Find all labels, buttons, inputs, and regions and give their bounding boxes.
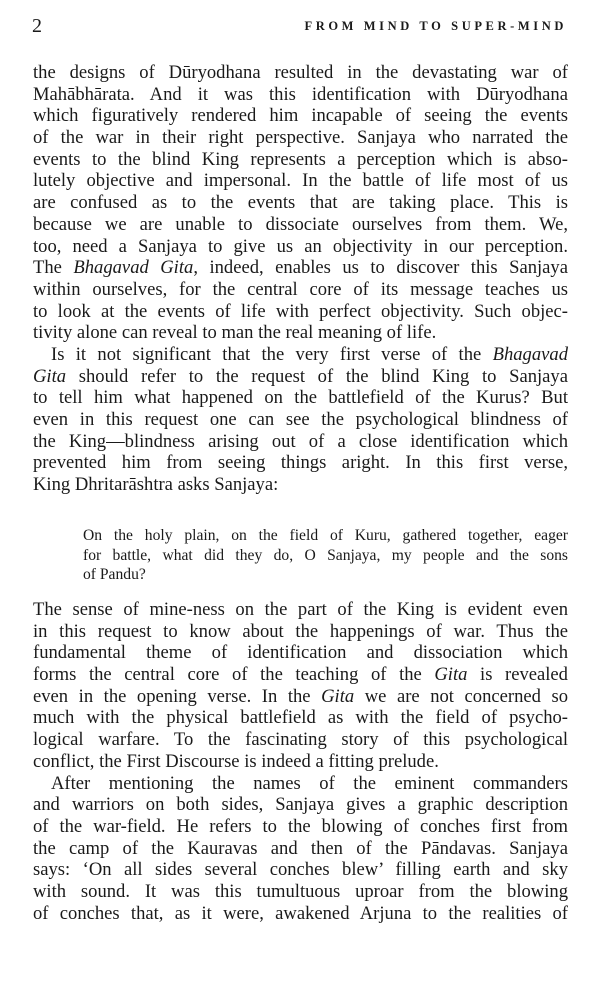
line-text: even in the opening verse. In the	[33, 686, 321, 707]
page-number: 2	[32, 15, 42, 37]
italic-title: Bhagavad	[493, 344, 568, 365]
text-line: of the war-field. He refers to the blowi…	[33, 816, 568, 838]
line-text: The sense of mine-ness on the part of th…	[33, 599, 568, 620]
text-line: events to the blind King represents a pe…	[33, 149, 568, 171]
line-text: conflict, the First Discourse is indeed …	[33, 751, 439, 772]
line-text: is revealed	[467, 664, 568, 685]
line-text: are confused as to the events that are t…	[33, 192, 568, 213]
line-text: too, need a Sanjaya to give us an object…	[33, 236, 568, 257]
line-text: in this request to know about the happen…	[33, 621, 568, 642]
running-head: FROM MIND TO SUPER-MIND	[304, 18, 567, 34]
italic-title: Gita	[434, 664, 467, 685]
line-text: On the holy plain, on the field of Kuru,…	[83, 527, 568, 544]
line-text: King Dhritarāshtra asks Sanjaya:	[33, 474, 278, 495]
italic-title: Gita	[321, 686, 354, 707]
text-line: of the war in their right perspective. S…	[33, 127, 568, 149]
body-text-section-2: The sense of mine-ness on the part of th…	[33, 599, 568, 924]
text-line: with sound. It was this tumultuous uproa…	[33, 881, 568, 903]
line-text: much with the physical battlefield as wi…	[33, 707, 568, 728]
text-line: Mahābhārata. And it was this identificat…	[33, 84, 568, 106]
text-line: says: ‘On all sides several conches blew…	[33, 859, 568, 881]
line-text: of the war-field. He refers to the blowi…	[33, 816, 568, 837]
text-line: logical warfare. To the fascinating stor…	[33, 729, 568, 751]
line-text: the designs of Dūryodhana resulted in th…	[33, 62, 568, 83]
text-line: On the holy plain, on the field of Kuru,…	[83, 526, 568, 546]
text-line: and warriors on both sides, Sanjaya give…	[33, 794, 568, 816]
text-line: the King—blindness arising out of a clos…	[33, 431, 568, 453]
text-line: The sense of mine-ness on the part of th…	[33, 599, 568, 621]
line-text: of Pandu?	[83, 566, 146, 583]
block-quote: On the holy plain, on the field of Kuru,…	[83, 526, 568, 585]
line-text: within ourselves, for the central core o…	[33, 279, 568, 300]
line-text: lutely objective and impersonal. In the …	[33, 170, 568, 191]
text-line: which figuratively rendered him incapabl…	[33, 105, 568, 127]
text-line: to look at the events of life with perfe…	[33, 301, 568, 323]
text-line: After mentioning the names of the eminen…	[33, 773, 568, 795]
line-text: we are not concerned so	[354, 686, 568, 707]
text-line: conflict, the First Discourse is indeed …	[33, 751, 568, 773]
line-text: even in this request one can see the psy…	[33, 409, 568, 430]
line-text: with sound. It was this tumultuous uproa…	[33, 881, 568, 902]
text-line: lutely objective and impersonal. In the …	[33, 170, 568, 192]
line-text: forms the central core of the teaching o…	[33, 664, 434, 685]
line-text: of the war in their right perspective. S…	[33, 127, 568, 148]
text-line: much with the physical battlefield as wi…	[33, 707, 568, 729]
text-line: of conches that, as it were, awakened Ar…	[33, 903, 568, 925]
text-line: for battle, what did they do, O Sanjaya,…	[83, 546, 568, 566]
text-line: too, need a Sanjaya to give us an object…	[33, 236, 568, 258]
text-line: the designs of Dūryodhana resulted in th…	[33, 62, 568, 84]
line-text: because we are unable to dissociate ours…	[33, 214, 568, 235]
line-text: should refer to the request of the blind…	[66, 366, 568, 387]
text-line: because we are unable to dissociate ours…	[33, 214, 568, 236]
text-line: King Dhritarāshtra asks Sanjaya:	[33, 474, 568, 496]
text-line: prevented him from seeing things aright.…	[33, 452, 568, 474]
line-text: After mentioning the names of the eminen…	[51, 773, 568, 794]
text-line: Gita should refer to the request of the …	[33, 366, 568, 388]
line-text: the King—blindness arising out of a clos…	[33, 431, 568, 452]
line-text: events to the blind King represents a pe…	[33, 149, 568, 170]
line-text: which figuratively rendered him incapabl…	[33, 105, 568, 126]
body-text-section-1: the designs of Dūryodhana resulted in th…	[33, 62, 568, 496]
text-line: of Pandu?	[83, 565, 568, 585]
text-line: the camp of the Kauravas and then of the…	[33, 838, 568, 860]
italic-title: Bhagavad Gita	[73, 257, 193, 278]
line-text: The	[33, 257, 73, 278]
text-line: are confused as to the events that are t…	[33, 192, 568, 214]
line-text: says: ‘On all sides several conches blew…	[33, 859, 568, 880]
text-line: to tell him what happened on the battlef…	[33, 387, 568, 409]
text-line: within ourselves, for the central core o…	[33, 279, 568, 301]
line-text: to tell him what happened on the battlef…	[33, 387, 568, 408]
italic-title: Gita	[33, 366, 66, 387]
text-line: forms the central core of the teaching o…	[33, 664, 568, 686]
line-text: and warriors on both sides, Sanjaya give…	[33, 794, 568, 815]
text-line: in this request to know about the happen…	[33, 621, 568, 643]
line-text: Is it not significant that the very firs…	[51, 344, 493, 365]
line-text: to look at the events of life with perfe…	[33, 301, 568, 322]
text-line: fundamental theme of identification and …	[33, 642, 568, 664]
line-text: of conches that, as it were, awakened Ar…	[33, 903, 568, 924]
text-line: Is it not significant that the very firs…	[33, 344, 568, 366]
text-line: tivity alone can reveal to man the real …	[33, 322, 568, 344]
line-text: fundamental theme of identification and …	[33, 642, 568, 663]
line-text: logical warfare. To the fascinating stor…	[33, 729, 568, 750]
text-line: even in this request one can see the psy…	[33, 409, 568, 431]
line-text: for battle, what did they do, O Sanjaya,…	[83, 547, 568, 564]
line-text: the camp of the Kauravas and then of the…	[33, 838, 568, 859]
text-line: The Bhagavad Gita, indeed, enables us to…	[33, 257, 568, 279]
line-text: tivity alone can reveal to man the real …	[33, 322, 436, 343]
line-text: Mahābhārata. And it was this identificat…	[33, 84, 568, 105]
line-text: , indeed, enables us to discover this Sa…	[193, 257, 568, 278]
line-text: prevented him from seeing things aright.…	[33, 452, 568, 473]
text-line: even in the opening verse. In the Gita w…	[33, 686, 568, 708]
